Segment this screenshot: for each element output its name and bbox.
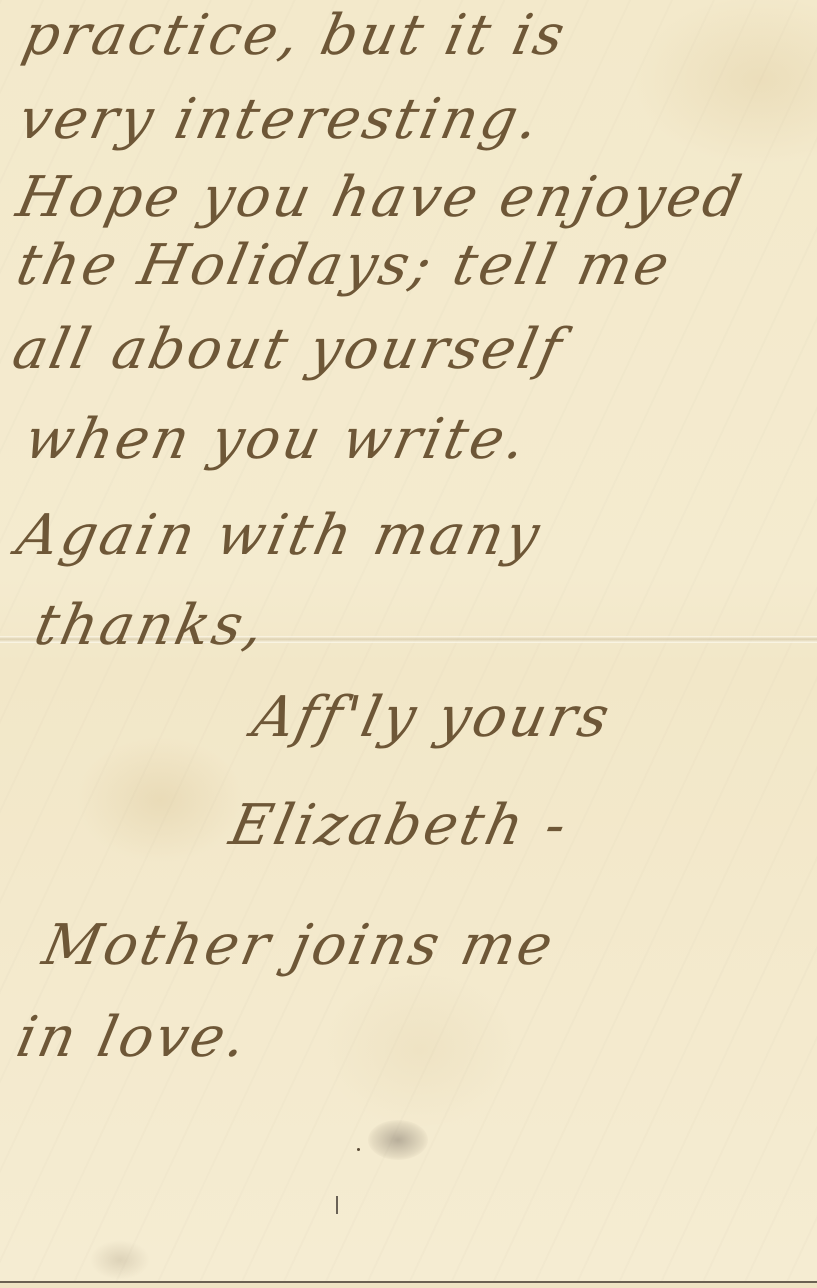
letter-closing: Aff'ly yours [248,690,616,746]
letter-line-5: all about yourself [8,322,569,378]
letter-signature: Elizabeth - [225,798,574,854]
letter-line-7: Again with many [12,508,547,564]
ink-stain [368,1120,428,1160]
postscript-line-1: Mother joins me [38,918,560,974]
letter-line-4: the Holidays; tell me [12,238,677,294]
pencil-mark [336,1196,338,1214]
paper-smudge [90,1240,150,1280]
ink-speck [357,1148,360,1151]
letter-line-2: very interesting. [14,92,546,148]
postscript-line-2: in love. [12,1010,254,1066]
letter-line-8: thanks, [30,598,271,654]
letter-line-1: practice, but it is [18,8,572,64]
letter-page: practice, but it is very interesting. Ho… [0,0,817,1283]
letter-line-6: when you write. [20,412,533,468]
letter-line-3: Hope you have enjoyed [12,170,748,226]
